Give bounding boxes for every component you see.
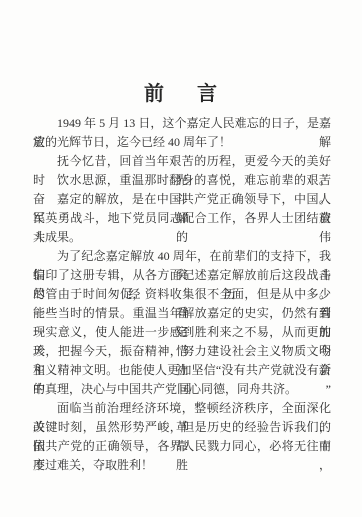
preface-body: 1949 年 5 月 13 日，这个嘉定人民难忘的日子，是嘉定解 放的光辉节日，… [33, 114, 331, 475]
text-line: 编印了这册专辑，从各方面记述嘉定解放前后这段战斗的经历。 [33, 266, 331, 285]
text-line: 面临当前治理经济环境，整顿经济秩序，全面深化改革的 [33, 399, 331, 418]
text-line: 抚今忆昔，回首当年艰苦的历程，更爱今天的美好时光。 [33, 152, 331, 171]
page-title: 前 言 [0, 77, 362, 106]
text-line: 关键时刻，虽然形势严峻，但是历史的经验告诉我们，依靠中 [33, 418, 331, 437]
text-line: 国共产党的正确领导，各界人民戮力同心，必将无往而不胜， [33, 437, 331, 456]
text-line: 军英勇战斗，地下党员同志配合工作，各界人士团结奋斗的伟 [33, 209, 331, 228]
text-line: 天，把握今天，振奋精神，努力建设社会主义物质文明和社会 [33, 342, 331, 361]
document-page: 前 言 1949 年 5 月 13 日，这个嘉定人民难忘的日子，是嘉定解 放的光… [0, 0, 362, 517]
text-line: 现实意义，使人能进一步感到胜利来之不易，从而更加珍惜今 [33, 323, 331, 342]
text-line: 一些当时的情景。重温当年解放嘉定的史实，仍然有着一定的 [33, 304, 331, 323]
text-line: 尽管由于时间匆促，资料收集很不全面，但是从中多少能看到 [33, 285, 331, 304]
text-line: 1949 年 5 月 13 日，这个嘉定人民难忘的日子，是嘉定解 [33, 114, 331, 133]
text-line: 饮水思源，重温那时翻身的喜悦，难忘前辈的艰苦奋斗。 [33, 171, 331, 190]
text-line: 嘉定的解放，是在中国共产党正确领导下，中国人民解放 [33, 190, 331, 209]
text-line: 的真理，决心与中国共产党同心同德，同舟共济。 [33, 380, 331, 399]
text-line: 主义精神文明。也能使人更加坚信“没有共产党就没有新中国” [33, 361, 331, 380]
text-line: 为了纪念嘉定解放 40 周年，在前辈们的支持下，我们突击 [33, 247, 331, 266]
